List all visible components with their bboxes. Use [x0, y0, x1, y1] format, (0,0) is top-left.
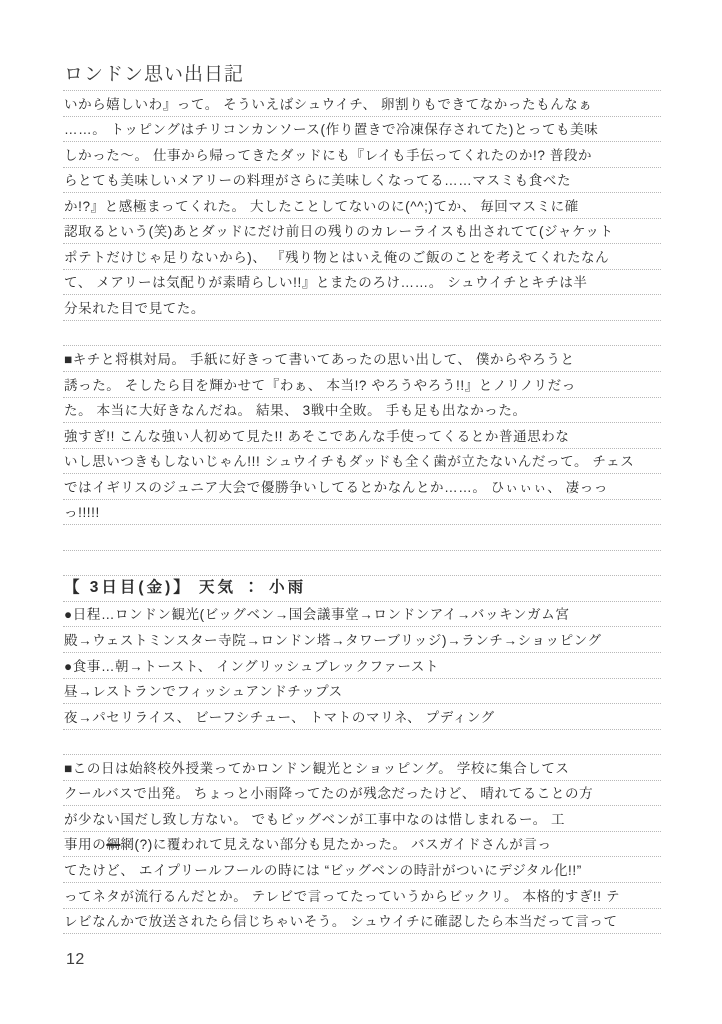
entry-day2-dinner-line: いから嬉しいわ』って。 そういえばシュウイチ、 卵割りもできてなかったもんなぁ: [63, 91, 661, 117]
entry-day2-shogi-line: ■キチと将棋対局。 手紙に好きって書いてあったの思い出して、 僕からやろうと: [63, 346, 661, 372]
entry-day3-sightseeing-line: ■この日は始終校外授業ってかロンドン観光とショッピング。 学校に集合してス: [63, 755, 661, 781]
entry-day2-shogi-line: た。 本当に大好きなんだね。 結果、 3戦中全敗。 手も足も出なかった。: [63, 398, 661, 424]
diary-page: ロンドン思い出日記 いから嬉しいわ』って。 そういえばシュウイチ、 卵割りもでき…: [0, 0, 722, 1024]
entry-day2-dinner-line: しかった〜。 仕事から帰ってきたダッドにも『レイも手伝ってくれたのか!? 普段か: [63, 142, 661, 168]
entry-day2-dinner-line: 認取るという(笑)あとダッドにだけ前日の残りのカレーライスも出されてて(ジャケッ…: [63, 219, 661, 245]
entry-day3-sightseeing-line: ってネタが流行るんだとか。 テレビで言ってたっていうからビックリ。 本格的すぎ!…: [63, 883, 661, 909]
page-number: 12: [66, 951, 85, 969]
entry-day3-sightseeing-line: 事用の綱 網(?)に覆われて見えない部分も見たかった。 バスガイドさんが言っ: [63, 832, 661, 858]
entry-day2-dinner-line: ……。 トッピングはチリコンカンソース(作り置きで冷凍保存されてた)とっても美味: [63, 117, 661, 143]
day3-itinerary-line: 殿→ウェストミンスター寺院→ロンドン塔→タワーブリッジ)→ランチ→ショッピング: [63, 627, 661, 653]
day3-itinerary-line: ●日程…ロンドン観光(ビッグベン→国会議事堂→ロンドンアイ→バッキンガム宮: [63, 602, 661, 628]
section-heading-day3: 【 3日目(金)】 天気 ： 小雨: [63, 576, 661, 602]
entry-day2-dinner-line: ポテトだけじゃ足りないから)、 『残り物とはいえ俺のご飯のことを考えてくれたなん: [63, 244, 661, 270]
page-title: ロンドン思い出日記: [64, 59, 244, 86]
entry-day2-dinner-line: か!?』と感極まってくれた。 大したことしてないのに(^^;)てか、 毎回マスミ…: [63, 193, 661, 219]
ruled-blank-line: [63, 321, 661, 347]
entry-day2-shogi-line: ではイギリスのジュニア大会で優勝争いしてるとかなんとか……。 ひぃぃぃ、 凄っっ: [63, 474, 661, 500]
entry-day3-sightseeing-line: クールバスで出発。 ちょっと小雨降ってたのが残念だったけど、 晴れてることの方: [63, 781, 661, 807]
day3-itinerary-line: 昼→レストランでフィッシュアンドチップス: [63, 679, 661, 705]
ruled-blank-line: [63, 551, 661, 577]
day3-itinerary-line: ●食事…朝→トースト、 イングリッシュブレックファースト: [63, 653, 661, 679]
ruled-blank-line: [63, 525, 661, 551]
entry-day2-dinner-line: て、 メアリーは気配りが素晴らしい!!』とまたのろけ……。 シュウイチとキチは半: [63, 270, 661, 296]
ruled-blank-line: [63, 730, 661, 756]
entry-day3-sightseeing-line: が少ない国だし致し方ない。 でもビッグベンが工事中なのは惜しまれるー。 工: [63, 806, 661, 832]
entry-day2-shogi-line: っ!!!!!: [63, 500, 661, 526]
entry-day2-shogi-line: いし思いつきもしないじゃん!!! シュウイチもダッドも全く歯が立たないんだって。…: [63, 449, 661, 475]
struck-word: 綱: [106, 833, 120, 853]
entry-day2-dinner-line: 分呆れた目で見てた。: [63, 295, 661, 321]
day3-itinerary-line: 夜→パセリライス、 ビーフシチュー、 トマトのマリネ、 プディング: [63, 704, 661, 730]
ruled-area: いから嬉しいわ』って。 そういえばシュウイチ、 卵割りもできてなかったもんなぁ……: [63, 90, 661, 934]
entry-day2-shogi-line: 強すぎ!! こんな強い人初めて見た!! あそこであんな手使ってくるとか普通思わな: [63, 423, 661, 449]
entry-day2-dinner-line: らとても美味しいメアリーの料理がさらに美味しくなってる……マスミも食べた: [63, 168, 661, 194]
entry-day2-shogi-line: 誘った。 そしたら目を輝かせて『わぁ、 本当!? やろうやろう!!』とノリノリだ…: [63, 372, 661, 398]
entry-day3-sightseeing-line: てたけど、 エイプリールフールの時には “ビッグベンの時計がついにデジタル化!!…: [63, 857, 661, 883]
entry-day3-sightseeing-line: レビなんかで放送されたら信じちゃいそう。 シュウイチに確認したら本当だって言って: [63, 909, 661, 935]
